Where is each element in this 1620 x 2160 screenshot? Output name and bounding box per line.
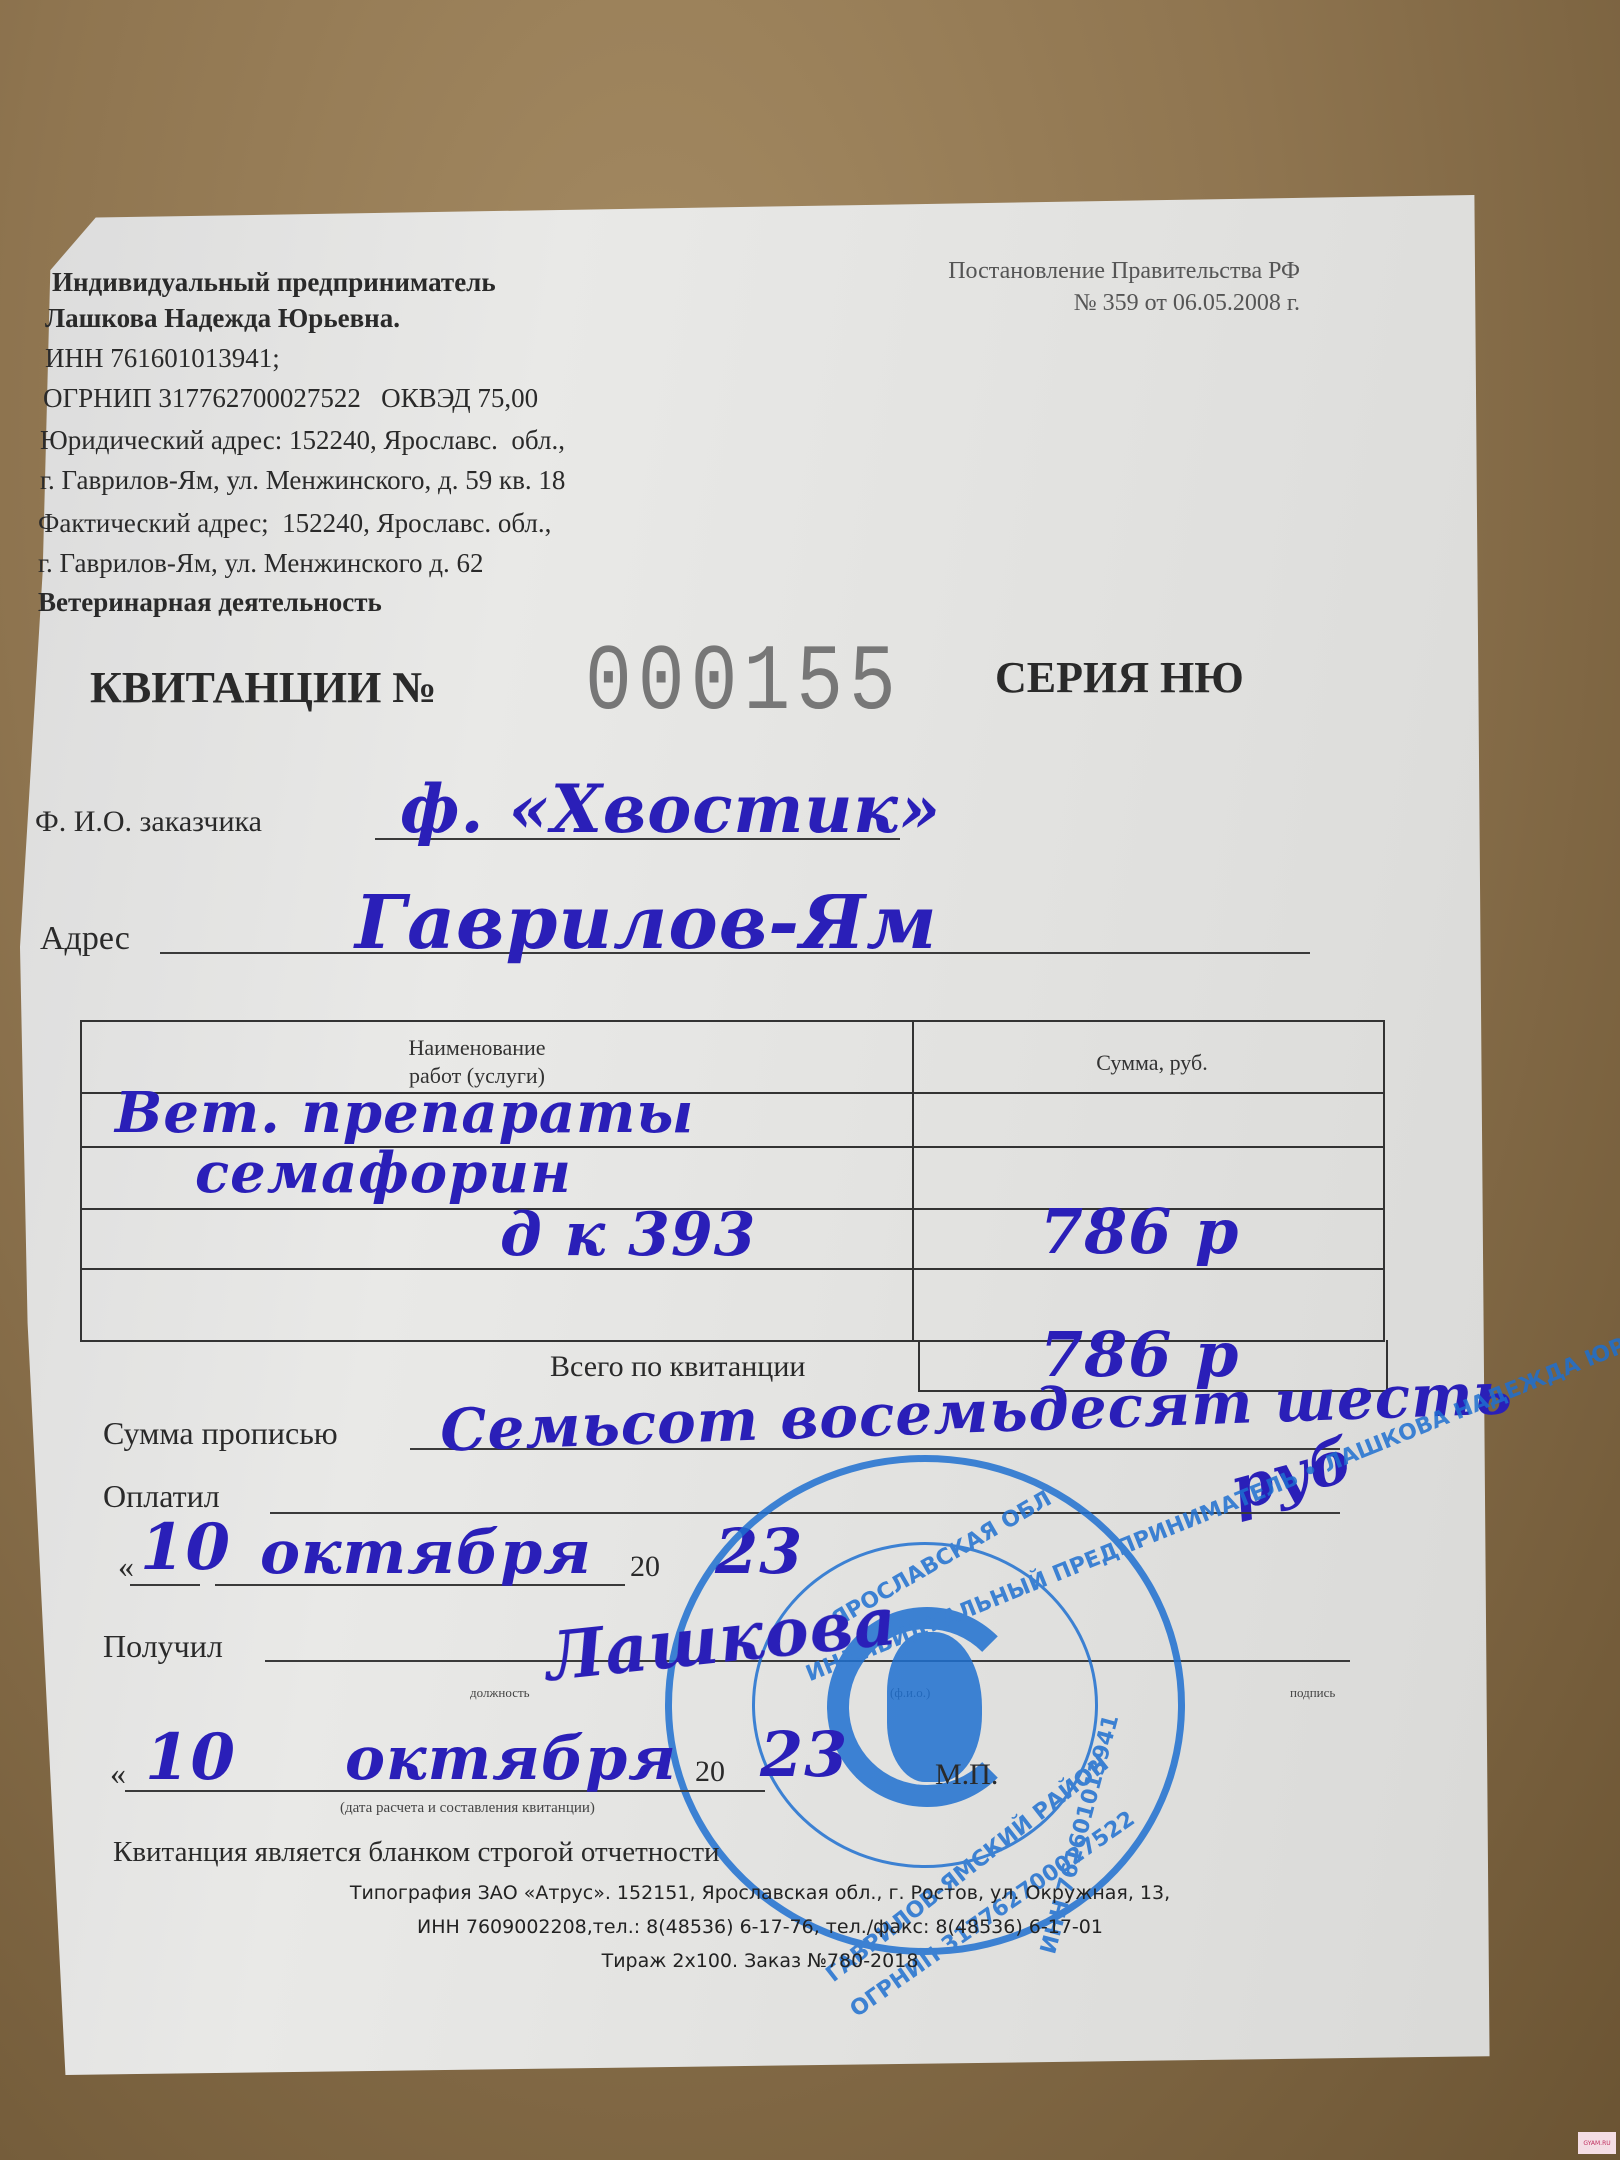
printer-info-1: Типография ЗАО «Атрус». 152151, Ярославс…	[110, 1882, 1410, 1904]
regulation-line-1: Постановление Правительства РФ	[840, 255, 1300, 287]
amount-words-label: Сумма прописью	[103, 1415, 338, 1452]
issue-day[interactable]: 10	[145, 1720, 236, 1795]
received-position-caption: должность	[470, 1685, 530, 1701]
issue-year[interactable]: 23	[760, 1718, 848, 1791]
paid-century: 20	[630, 1550, 660, 1584]
issue-quote-open: «	[110, 1755, 126, 1792]
issue-date-caption: (дата расчета и составления квитанции)	[340, 1800, 595, 1817]
issuer-activity: Ветеринарная деятельность	[38, 582, 382, 622]
issuer-actual-address-1: Фактический адрес; 152240, Ярославс. обл…	[38, 503, 551, 543]
issue-century: 20	[695, 1755, 725, 1789]
receipt-series: СЕРИЯ НЮ	[995, 652, 1244, 703]
strict-form-notice: Квитанция является бланком строгой отчет…	[113, 1836, 720, 1869]
received-signature-caption: подпись	[1290, 1685, 1335, 1701]
table-row-3-name[interactable]: д к 393	[500, 1200, 756, 1270]
paid-month[interactable]: октября	[260, 1518, 592, 1588]
customer-name-value[interactable]: ф. «Хвостик»	[400, 770, 941, 848]
regulation-line-2: № 359 от 06.05.2008 г.	[840, 287, 1300, 319]
receipt-number: 000155	[585, 631, 902, 737]
customer-address-label: Адрес	[40, 920, 130, 958]
printer-info-3: Тираж 2х100. Заказ №780-2018	[110, 1950, 1410, 1972]
watermark-logo: GYAM.RU	[1578, 2132, 1616, 2154]
paid-day[interactable]: 10	[140, 1510, 231, 1585]
received-label: Получил	[103, 1628, 223, 1665]
printer-info-2: ИНН 7609002208,тел.: 8(48536) 6-17-76, т…	[110, 1916, 1410, 1938]
receipt-title: КВИТАНЦИИ №	[90, 662, 437, 713]
seal-stamp: ИНДИВИДУАЛЬНЫЙ ПРЕДПРИНИМАТЕЛЬ • ЛАШКОВА…	[665, 1455, 1185, 1955]
issuer-title: Индивидуальный предприниматель	[52, 262, 496, 302]
issuer-legal-address-2: г. Гаврилов-Ям, ул. Менжинского, д. 59 к…	[40, 460, 565, 500]
stamp-place-mp: М.П.	[935, 1758, 998, 1792]
regulation: Постановление Правительства РФ № 359 от …	[840, 255, 1300, 319]
issuer-legal-address-1: Юридический адрес: 152240, Ярославс. обл…	[40, 420, 565, 460]
issue-month[interactable]: октября	[345, 1724, 677, 1794]
table-row-3-sum[interactable]: 786 р	[1040, 1195, 1239, 1268]
issuer-name: Лашкова Надежда Юрьевна.	[45, 298, 400, 338]
header-sum: Сумма, руб.	[982, 1050, 1322, 1076]
issuer-actual-address-2: г. Гаврилов-Ям, ул. Менжинского д. 62	[38, 543, 484, 583]
column-separator	[912, 1022, 914, 1340]
table-row-2-name[interactable]: семафорин	[195, 1140, 572, 1206]
table-row-1-name[interactable]: Вет. препараты	[115, 1080, 694, 1146]
customer-name-label: Ф. И.О. заказчика	[35, 805, 262, 839]
paid-quote-open: «	[118, 1548, 134, 1585]
total-label: Всего по квитанции	[550, 1350, 805, 1384]
issuer-ogrnip: ОГРНИП 317762700027522 ОКВЭД 75,00	[43, 378, 538, 418]
issuer-inn: ИНН 761601013941;	[45, 338, 280, 378]
customer-address-value[interactable]: Гаврилов-Ям	[355, 880, 938, 966]
